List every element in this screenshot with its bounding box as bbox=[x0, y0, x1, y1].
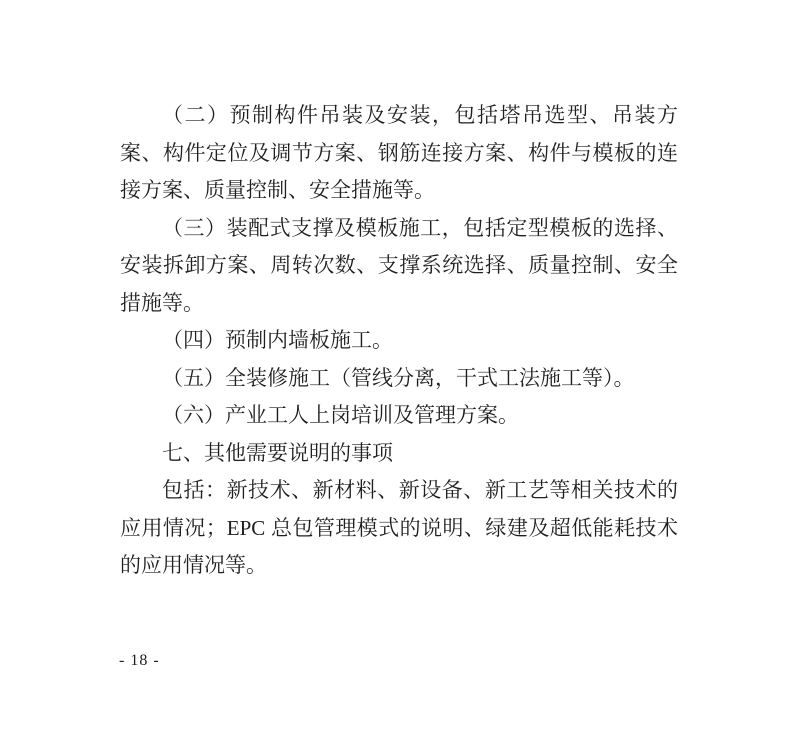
document-line: 措施等。 bbox=[120, 285, 678, 323]
document-line: （五）全装修施工（管线分离，干式工法施工等）。 bbox=[120, 360, 678, 398]
page-number: - 18 - bbox=[119, 651, 160, 671]
document-line: （四）预制内墙板施工。 bbox=[120, 322, 678, 360]
document-line: （三）装配式支撑及模板施工，包括定型模板的选择、 bbox=[120, 210, 678, 248]
document-line: 安装拆卸方案、周转次数、支撑系统选择、质量控制、安全 bbox=[120, 247, 678, 285]
document-line: （六）产业工人上岗培训及管理方案。 bbox=[120, 397, 678, 435]
section-heading-line: 七、其他需要说明的事项 bbox=[120, 435, 678, 473]
document-page: （二）预制构件吊装及安装，包括塔吊选型、吊装方 案、构件定位及调节方案、钢筋连接… bbox=[0, 0, 800, 735]
document-body: （二）预制构件吊装及安装，包括塔吊选型、吊装方 案、构件定位及调节方案、钢筋连接… bbox=[120, 97, 678, 585]
document-line: （二）预制构件吊装及安装，包括塔吊选型、吊装方 bbox=[120, 97, 678, 135]
document-line: 接方案、质量控制、安全措施等。 bbox=[120, 172, 678, 210]
document-line: 应用情况；EPC 总包管理模式的说明、绿建及超低能耗技术 bbox=[120, 510, 678, 548]
document-line: 的应用情况等。 bbox=[120, 547, 678, 585]
document-line: 包括：新技术、新材料、新设备、新工艺等相关技术的 bbox=[120, 472, 678, 510]
document-line: 案、构件定位及调节方案、钢筋连接方案、构件与模板的连 bbox=[120, 135, 678, 173]
